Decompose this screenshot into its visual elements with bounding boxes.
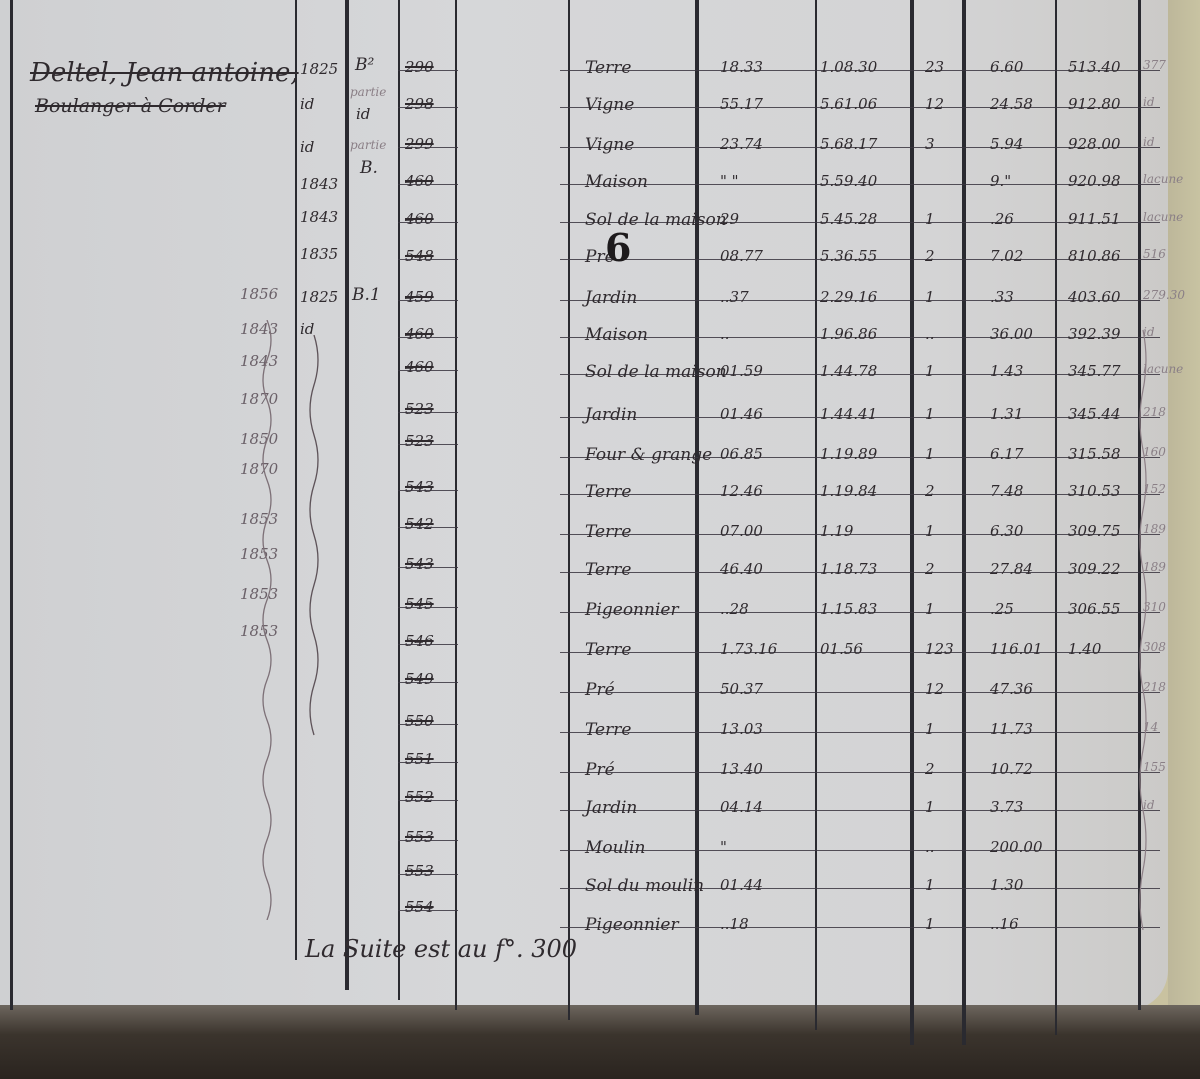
ledger-cell: .33 — [990, 288, 1014, 306]
ledger-cell: 01.59 — [720, 362, 763, 380]
column-rule — [295, 0, 297, 960]
ledger-cell: 552 — [405, 788, 434, 806]
ledger-cell: 460 — [405, 358, 434, 376]
ledger-cell: 315.58 — [1068, 445, 1121, 463]
column-rule — [815, 0, 817, 1030]
ledger-cell: Terre — [585, 640, 631, 660]
ledger-cell: B.1 — [352, 285, 381, 305]
ledger-cell: 546 — [405, 632, 434, 650]
ledger-cell: 13.40 — [720, 760, 763, 778]
column-rule — [455, 0, 457, 1010]
strike-rule — [398, 70, 458, 71]
strike-rule — [398, 147, 458, 148]
ledger-cell: 36.00 — [990, 325, 1033, 343]
ledger-cell: " — [720, 838, 727, 856]
column-rule — [10, 0, 13, 1010]
ledger-cell: 08.77 — [720, 247, 763, 265]
column-rule — [1055, 0, 1057, 1035]
ledger-cell: 543 — [405, 478, 434, 496]
ledger-cell: 5.59.40 — [820, 172, 877, 190]
ledger-cell: 1.19.84 — [820, 482, 877, 500]
ledger-cell: Moulin — [585, 838, 645, 858]
ledger-cell: 1.44.78 — [820, 362, 877, 380]
ledger-cell: 1 — [925, 720, 935, 738]
ledger-cell: ..28 — [720, 600, 749, 618]
ledger-cell: 523 — [405, 400, 434, 418]
ledger-cell: 460 — [405, 325, 434, 343]
ledger-cell: 377 — [1143, 58, 1166, 72]
ledger-cell: Jardin — [585, 288, 637, 308]
strike-rule — [398, 490, 458, 491]
strike-rule — [398, 259, 458, 260]
ledger-cell: 523 — [405, 432, 434, 450]
ledger-cell: Maison — [585, 172, 648, 192]
ledger-cell: 542 — [405, 515, 434, 533]
strike-rule — [398, 370, 458, 371]
ledger-cell: 12 — [925, 95, 944, 113]
ledger-cell: 13.03 — [720, 720, 763, 738]
ledger-cell: 200.00 — [990, 838, 1043, 856]
ledger-cell: lacune — [1143, 172, 1183, 186]
strike-rule — [398, 300, 458, 301]
row-strike-line — [560, 732, 1160, 733]
ledger-cell: 12.46 — [720, 482, 763, 500]
ledger-cell: 912.80 — [1068, 95, 1121, 113]
strike-rule — [398, 444, 458, 445]
ledger-cell: 309.75 — [1068, 522, 1121, 540]
ledger-cell: 545 — [405, 595, 434, 613]
ledger-cell: 1.30 — [990, 876, 1023, 894]
ledger-cell: Vigne — [585, 135, 634, 155]
strike-rule — [398, 222, 458, 223]
ledger-cell: 3 — [925, 135, 935, 153]
ledger-cell: 553 — [405, 828, 434, 846]
ledger-cell: 550 — [405, 712, 434, 730]
ledger-cell: 2 — [925, 247, 935, 265]
strike-rule — [398, 762, 458, 763]
ledger-cell: .. — [925, 325, 935, 343]
ledger-cell: 553 — [405, 862, 434, 880]
ledger-cell: " " — [720, 172, 739, 190]
ledger-cell: Sol du moulin — [585, 876, 704, 896]
ledger-cell: 1 — [925, 405, 935, 423]
ledger-cell: 1.31 — [990, 405, 1023, 423]
ledger-cell: 5.61.06 — [820, 95, 877, 113]
strike-rule — [398, 107, 458, 108]
ledger-cell: 5.68.17 — [820, 135, 877, 153]
ledger-cell: 3.73 — [990, 798, 1023, 816]
ledger-cell: 1 — [925, 876, 935, 894]
ledger-cell: 1 — [925, 445, 935, 463]
ledger-cell: 309.22 — [1068, 560, 1121, 578]
ledger-cell: Pigeonnier — [585, 600, 679, 620]
ledger-cell: id — [356, 105, 370, 123]
ledger-cell: id — [300, 95, 314, 113]
ledger-cell: 2 — [925, 560, 935, 578]
ledger-cell: 9." — [990, 172, 1011, 190]
owner-name: Deltel, Jean antoine, — [30, 58, 299, 88]
ledger-cell: 18.33 — [720, 58, 763, 76]
ledger-cell: 1 — [925, 600, 935, 618]
ledger-cell: 1.43 — [990, 362, 1023, 380]
ledger-cell: ..18 — [720, 915, 749, 933]
ledger-cell: 50.37 — [720, 680, 763, 698]
ledger-cell: 04.14 — [720, 798, 763, 816]
ledger-cell: Jardin — [585, 798, 637, 818]
ledger-cell: 460 — [405, 172, 434, 190]
column-rule — [695, 0, 699, 1015]
strike-rule — [398, 184, 458, 185]
ledger-cell: 46.40 — [720, 560, 763, 578]
strike-rule — [398, 682, 458, 683]
ledger-cell: Terre — [585, 522, 631, 542]
ledger-cell: B. — [360, 158, 378, 178]
ledger-cell: 123 — [925, 640, 954, 658]
strike-rule — [398, 724, 458, 725]
ledger-cell: 345.44 — [1068, 405, 1121, 423]
row-strike-line — [560, 850, 1160, 851]
ledger-cell: 306.55 — [1068, 600, 1121, 618]
ledger-cell: 1825 — [300, 60, 338, 78]
strike-rule — [398, 607, 458, 608]
ledger-cell: Four & grange — [585, 445, 712, 465]
ledger-cell: Vigne — [585, 95, 634, 115]
ledger-cell: partie — [350, 85, 386, 99]
ledger-cell: ..16 — [990, 915, 1019, 933]
ledger-cell: 1 — [925, 522, 935, 540]
ledger-cell: 1 — [925, 210, 935, 228]
column-rule — [398, 0, 400, 1000]
strike-rule — [398, 527, 458, 528]
ledger-cell: 1.96.86 — [820, 325, 877, 343]
ledger-cell: partie — [350, 138, 386, 152]
ledger-cell: 01.44 — [720, 876, 763, 894]
wavy-line-left — [255, 320, 285, 920]
row-strike-line — [560, 692, 1160, 693]
ledger-cell: Terre — [585, 482, 631, 502]
ledger-cell: Maison — [585, 325, 648, 345]
ledger-cell: id — [300, 138, 314, 156]
ledger-cell: 2 — [925, 482, 935, 500]
ledger-cell: 310.53 — [1068, 482, 1121, 500]
strike-rule — [398, 874, 458, 875]
ledger-cell: B² — [355, 55, 374, 75]
ledger-cell: 543 — [405, 555, 434, 573]
ledger-cell: 299 — [405, 135, 434, 153]
ledger-cell: 7.02 — [990, 247, 1023, 265]
ledger-cell: 12 — [925, 680, 944, 698]
ledger-cell: 460 — [405, 210, 434, 228]
row-strike-line — [560, 810, 1160, 811]
ledger-cell: 55.17 — [720, 95, 763, 113]
strike-rule — [398, 840, 458, 841]
strike-rule — [398, 337, 458, 338]
ledger-cell: 279.30 — [1143, 288, 1185, 302]
ledger-cell: 29 — [720, 210, 739, 228]
ledger-cell: 7.48 — [990, 482, 1023, 500]
ledger-cell: 116.01 — [990, 640, 1043, 658]
row-strike-line — [560, 772, 1160, 773]
ledger-cell: 920.98 — [1068, 172, 1121, 190]
ledger-cell: 1.19.89 — [820, 445, 877, 463]
column-rule — [345, 0, 349, 990]
ledger-cell: Terre — [585, 720, 631, 740]
ledger-cell: Pigeonnier — [585, 915, 679, 935]
ledger-cell: .26 — [990, 210, 1014, 228]
ledger-cell: 1.40 — [1068, 640, 1101, 658]
ledger-cell: 911.51 — [1068, 210, 1121, 228]
ledger-cell: 1.44.41 — [820, 405, 877, 423]
ledger-cell: 01.56 — [820, 640, 863, 658]
ledger-cell: 1 — [925, 798, 935, 816]
strike-rule — [398, 910, 458, 911]
ledger-cell: 5.36.55 — [820, 247, 877, 265]
ledger-cell: 1 — [925, 362, 935, 380]
ledger-cell: 5.94 — [990, 135, 1023, 153]
strike-rule — [398, 644, 458, 645]
wavy-line-right — [1135, 330, 1165, 930]
ledger-cell: 23 — [925, 58, 944, 76]
book-binding-shadow — [0, 1005, 1200, 1079]
ledger-cell: 516 — [1143, 247, 1166, 261]
ledger-cell: id — [1143, 135, 1155, 149]
ledger-cell: 392.39 — [1068, 325, 1121, 343]
ledger-cell: 1835 — [300, 245, 338, 263]
page-edge — [1168, 0, 1200, 1020]
ledger-cell: 24.58 — [990, 95, 1033, 113]
ledger-cell: 1825 — [300, 288, 338, 306]
footer-note: La Suite est au f°. 300 — [305, 935, 577, 963]
ledger-cell: 6.60 — [990, 58, 1023, 76]
strike-rule — [398, 567, 458, 568]
ledger-cell: Pré — [585, 680, 615, 700]
ledger-cell: 1.18.73 — [820, 560, 877, 578]
wavy-line-id — [300, 335, 330, 765]
ledger-cell: Jardin — [585, 405, 637, 425]
ledger-cell: 2.29.16 — [820, 288, 877, 306]
ledger-cell: Sol de la maison — [585, 362, 727, 382]
ledger-cell: 27.84 — [990, 560, 1033, 578]
ledger-cell: 1.08.30 — [820, 58, 877, 76]
ledger-cell: .25 — [990, 600, 1014, 618]
ledger-cell: 47.36 — [990, 680, 1033, 698]
ledger-cell: 1 — [925, 915, 935, 933]
ledger-cell: 2 — [925, 760, 935, 778]
ledger-cell: 459 — [405, 288, 434, 306]
column-rule — [568, 0, 570, 1020]
ledger-cell: 345.77 — [1068, 362, 1121, 380]
ledger-cell: 1.19 — [820, 522, 853, 540]
ledger-cell: 549 — [405, 670, 434, 688]
ledger-cell: 403.60 — [1068, 288, 1121, 306]
ledger-cell: 513.40 — [1068, 58, 1121, 76]
ledger-cell: 290 — [405, 58, 434, 76]
strike-rule — [398, 800, 458, 801]
ledger-cell: 1856 — [240, 285, 278, 303]
bold-correction-mark: 6 — [605, 225, 631, 270]
ledger-cell: .. — [720, 325, 730, 343]
ledger-cell: 551 — [405, 750, 434, 768]
owner-profession: Boulanger à Corder — [35, 95, 226, 117]
ledger-cell: id — [1143, 95, 1155, 109]
ledger-cell: 10.72 — [990, 760, 1033, 778]
strike-rule — [398, 412, 458, 413]
ledger-cell: 6.17 — [990, 445, 1023, 463]
ledger-cell: 6.30 — [990, 522, 1023, 540]
ledger-cell: 01.46 — [720, 405, 763, 423]
ledger-cell: ..37 — [720, 288, 749, 306]
ledger-cell: 1.73.16 — [720, 640, 777, 658]
ledger-cell: Terre — [585, 58, 631, 78]
ledger-cell: 23.74 — [720, 135, 763, 153]
ledger-cell: 07.00 — [720, 522, 763, 540]
ledger-cell: 11.73 — [990, 720, 1033, 738]
ledger-cell: 548 — [405, 247, 434, 265]
ledger-cell: 928.00 — [1068, 135, 1121, 153]
ledger-cell: 554 — [405, 898, 434, 916]
ledger-cell: lacune — [1143, 210, 1183, 224]
ledger-cell: .. — [925, 838, 935, 856]
ledger-cell: 1843 — [300, 175, 338, 193]
ledger-cell: 5.45.28 — [820, 210, 877, 228]
ledger-cell: 1 — [925, 288, 935, 306]
ledger-cell: Terre — [585, 560, 631, 580]
ledger-cell: 06.85 — [720, 445, 763, 463]
ledger-cell: 298 — [405, 95, 434, 113]
ledger-cell: Pré — [585, 760, 615, 780]
ledger-cell: 1843 — [300, 208, 338, 226]
ledger-cell: 810.86 — [1068, 247, 1121, 265]
ledger-cell: 1.15.83 — [820, 600, 877, 618]
